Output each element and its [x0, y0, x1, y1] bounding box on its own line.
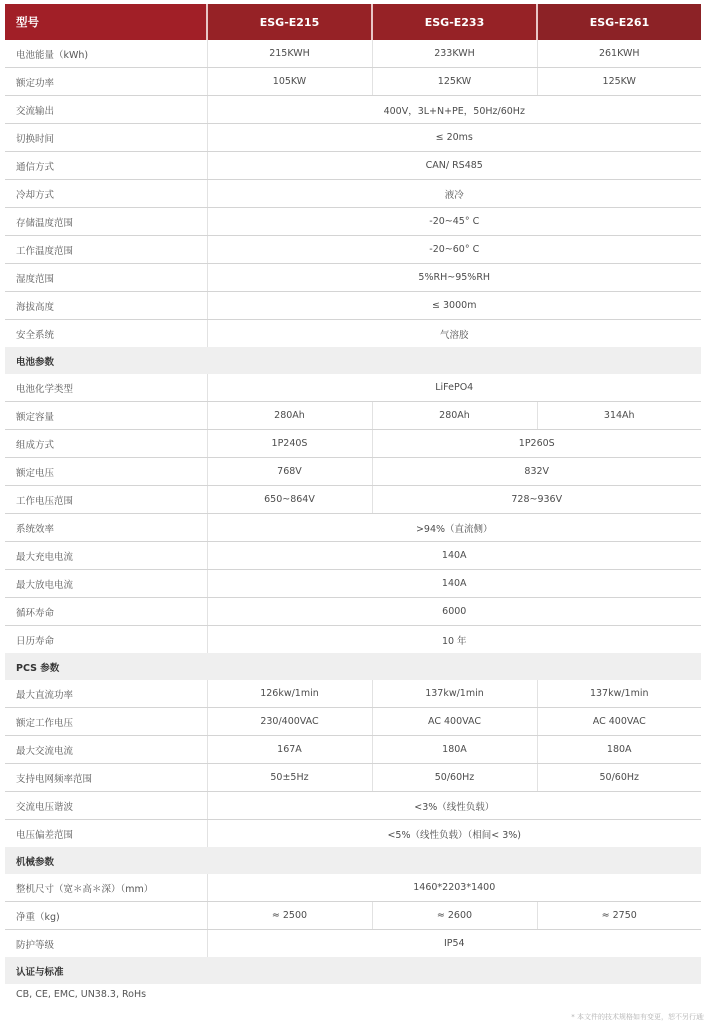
row-label: 冷却方式: [5, 180, 207, 208]
cell-value: IP54: [207, 930, 701, 958]
cell-value: 230/400VAC: [207, 708, 372, 736]
cell-value: 728~936V: [372, 486, 701, 514]
table-row: 日历寿命 10 年: [5, 626, 701, 654]
table-row: 系统效率 >94%（直流侧）: [5, 514, 701, 542]
table-row: 最大充电电流 140A: [5, 542, 701, 570]
cell-value: 832V: [372, 458, 701, 486]
cell-value: 140A: [207, 542, 701, 570]
row-label: 工作电压范围: [5, 486, 207, 514]
section-header-certification: 认证与标准: [5, 957, 701, 984]
row-label: 整机尺寸（宽＊高＊深）（mm）: [5, 874, 207, 902]
cell-value: ≈ 2600: [372, 902, 537, 930]
row-label: 交流电压谐波: [5, 792, 207, 820]
table-row: 组成方式 1P240S 1P260S: [5, 430, 701, 458]
cell-value: AC 400VAC: [372, 708, 537, 736]
cell-value: 314Ah: [537, 402, 701, 430]
table-row: 湿度范围 5%RH~95%RH: [5, 264, 701, 292]
row-label: 额定电压: [5, 458, 207, 486]
cell-value: 1P240S: [207, 430, 372, 458]
row-label: 支持电网频率范围: [5, 764, 207, 792]
table-row: 支持电网频率范围 50±5Hz 50/60Hz 50/60Hz: [5, 764, 701, 792]
cell-value: ≈ 2750: [537, 902, 701, 930]
cell-value: 261KWH: [537, 40, 701, 68]
table-row: 防护等级 IP54: [5, 930, 701, 958]
cell-value: 280Ah: [207, 402, 372, 430]
cell-value: 125KW: [537, 68, 701, 96]
table-row: 额定电压 768V 832V: [5, 458, 701, 486]
cell-value: ≤ 20ms: [207, 124, 701, 152]
footnote: * 本文件的技术规格如有变更，恕不另行通知: [571, 1012, 704, 1022]
table-row: 工作电压范围 650~864V 728~936V: [5, 486, 701, 514]
cell-value: 215KWH: [207, 40, 372, 68]
cell-value: 137kw/1min: [372, 680, 537, 708]
spec-table: 型号 ESG-E215 ESG-E233 ESG-E261 电池能量（kWh) …: [5, 4, 701, 984]
cell-value: 650~864V: [207, 486, 372, 514]
cell-value: 233KWH: [372, 40, 537, 68]
cell-value: LiFePO4: [207, 374, 701, 402]
table-row: 额定容量 280Ah 280Ah 314Ah: [5, 402, 701, 430]
cell-value: 5%RH~95%RH: [207, 264, 701, 292]
cell-value: 10 年: [207, 626, 701, 654]
cell-value: 50/60Hz: [537, 764, 701, 792]
header-row: 型号 ESG-E215 ESG-E233 ESG-E261: [5, 4, 701, 40]
row-label: 循环寿命: [5, 598, 207, 626]
row-label: 电压偏差范围: [5, 820, 207, 848]
row-label: 切换时间: [5, 124, 207, 152]
row-label: 电池化学类型: [5, 374, 207, 402]
table-row: 电池化学类型 LiFePO4: [5, 374, 701, 402]
row-label: 额定工作电压: [5, 708, 207, 736]
section-header-pcs: PCS 参数: [5, 653, 701, 680]
cell-value: 137kw/1min: [537, 680, 701, 708]
row-label: 额定容量: [5, 402, 207, 430]
table-row: 额定工作电压 230/400VAC AC 400VAC AC 400VAC: [5, 708, 701, 736]
row-label: 工作温度范围: [5, 236, 207, 264]
table-row: 电池能量（kWh) 215KWH 233KWH 261KWH: [5, 40, 701, 68]
row-label: 最大交流电流: [5, 736, 207, 764]
cell-value: 125KW: [372, 68, 537, 96]
model-esg-e233: ESG-E233: [372, 4, 537, 40]
table-row: 净重（kg) ≈ 2500 ≈ 2600 ≈ 2750: [5, 902, 701, 930]
cell-value: 126kw/1min: [207, 680, 372, 708]
cell-value: 280Ah: [372, 402, 537, 430]
table-row: 电压偏差范围 <5%（线性负载）（相间< 3%): [5, 820, 701, 848]
table-row: 冷却方式 液冷: [5, 180, 701, 208]
cell-value: 768V: [207, 458, 372, 486]
row-label: 湿度范围: [5, 264, 207, 292]
row-label: 额定功率: [5, 68, 207, 96]
section-header-mechanical: 机械参数: [5, 847, 701, 874]
table-row: 额定功率 105KW 125KW 125KW: [5, 68, 701, 96]
cell-value: 180A: [372, 736, 537, 764]
row-label: 最大充电电流: [5, 542, 207, 570]
table-row: 存储温度范围 -20~45° C: [5, 208, 701, 236]
row-label: 组成方式: [5, 430, 207, 458]
cell-value: ≤ 3000m: [207, 292, 701, 320]
cell-value: 液冷: [207, 180, 701, 208]
table-row: 最大直流功率 126kw/1min 137kw/1min 137kw/1min: [5, 680, 701, 708]
cell-value: ≈ 2500: [207, 902, 372, 930]
cell-value: 1460*2203*1400: [207, 874, 701, 902]
row-label: 最大直流功率: [5, 680, 207, 708]
model-esg-e215: ESG-E215: [207, 4, 372, 40]
cell-value: -20~60° C: [207, 236, 701, 264]
cell-value: 400V，3L+N+PE，50Hz/60Hz: [207, 96, 701, 124]
section-title: 认证与标准: [5, 957, 701, 984]
cell-value: 1P260S: [372, 430, 701, 458]
row-label: 安全系统: [5, 320, 207, 348]
table-row: 切换时间 ≤ 20ms: [5, 124, 701, 152]
row-label: 海拔高度: [5, 292, 207, 320]
cell-value: AC 400VAC: [537, 708, 701, 736]
certification-list: CB, CE, EMC, UN38.3, RoHs: [16, 989, 146, 1000]
table-row: 海拔高度 ≤ 3000m: [5, 292, 701, 320]
row-label: 日历寿命: [5, 626, 207, 654]
cell-value: 167A: [207, 736, 372, 764]
cell-value: -20~45° C: [207, 208, 701, 236]
section-header-battery: 电池参数: [5, 347, 701, 374]
row-label: 系统效率: [5, 514, 207, 542]
row-label: 交流输出: [5, 96, 207, 124]
cell-value: CAN/ RS485: [207, 152, 701, 180]
cell-value: <5%（线性负载）（相间< 3%): [207, 820, 701, 848]
section-title: PCS 参数: [5, 653, 701, 680]
row-label: 最大放电电流: [5, 570, 207, 598]
table-row: 工作温度范围 -20~60° C: [5, 236, 701, 264]
model-esg-e261: ESG-E261: [537, 4, 701, 40]
cell-value: 180A: [537, 736, 701, 764]
cell-value: 50/60Hz: [372, 764, 537, 792]
table-row: 整机尺寸（宽＊高＊深）（mm） 1460*2203*1400: [5, 874, 701, 902]
table-row: 安全系统 气溶胶: [5, 320, 701, 348]
table-row: 交流电压谐波 <3%（线性负载）: [5, 792, 701, 820]
table-row: 最大交流电流 167A 180A 180A: [5, 736, 701, 764]
row-label: 防护等级: [5, 930, 207, 958]
cell-value: 气溶胶: [207, 320, 701, 348]
row-label: 存储温度范围: [5, 208, 207, 236]
cell-value: 140A: [207, 570, 701, 598]
table-row: 最大放电电流 140A: [5, 570, 701, 598]
cell-value: 50±5Hz: [207, 764, 372, 792]
table-row: 交流输出 400V，3L+N+PE，50Hz/60Hz: [5, 96, 701, 124]
table-row: 循环寿命 6000: [5, 598, 701, 626]
model-label: 型号: [5, 4, 207, 40]
section-title: 电池参数: [5, 347, 701, 374]
row-label: 通信方式: [5, 152, 207, 180]
row-label: 净重（kg): [5, 902, 207, 930]
cell-value: <3%（线性负载）: [207, 792, 701, 820]
row-label: 电池能量（kWh): [5, 40, 207, 68]
table-row: 通信方式 CAN/ RS485: [5, 152, 701, 180]
section-title: 机械参数: [5, 847, 701, 874]
cell-value: 105KW: [207, 68, 372, 96]
cell-value: >94%（直流侧）: [207, 514, 701, 542]
cell-value: 6000: [207, 598, 701, 626]
